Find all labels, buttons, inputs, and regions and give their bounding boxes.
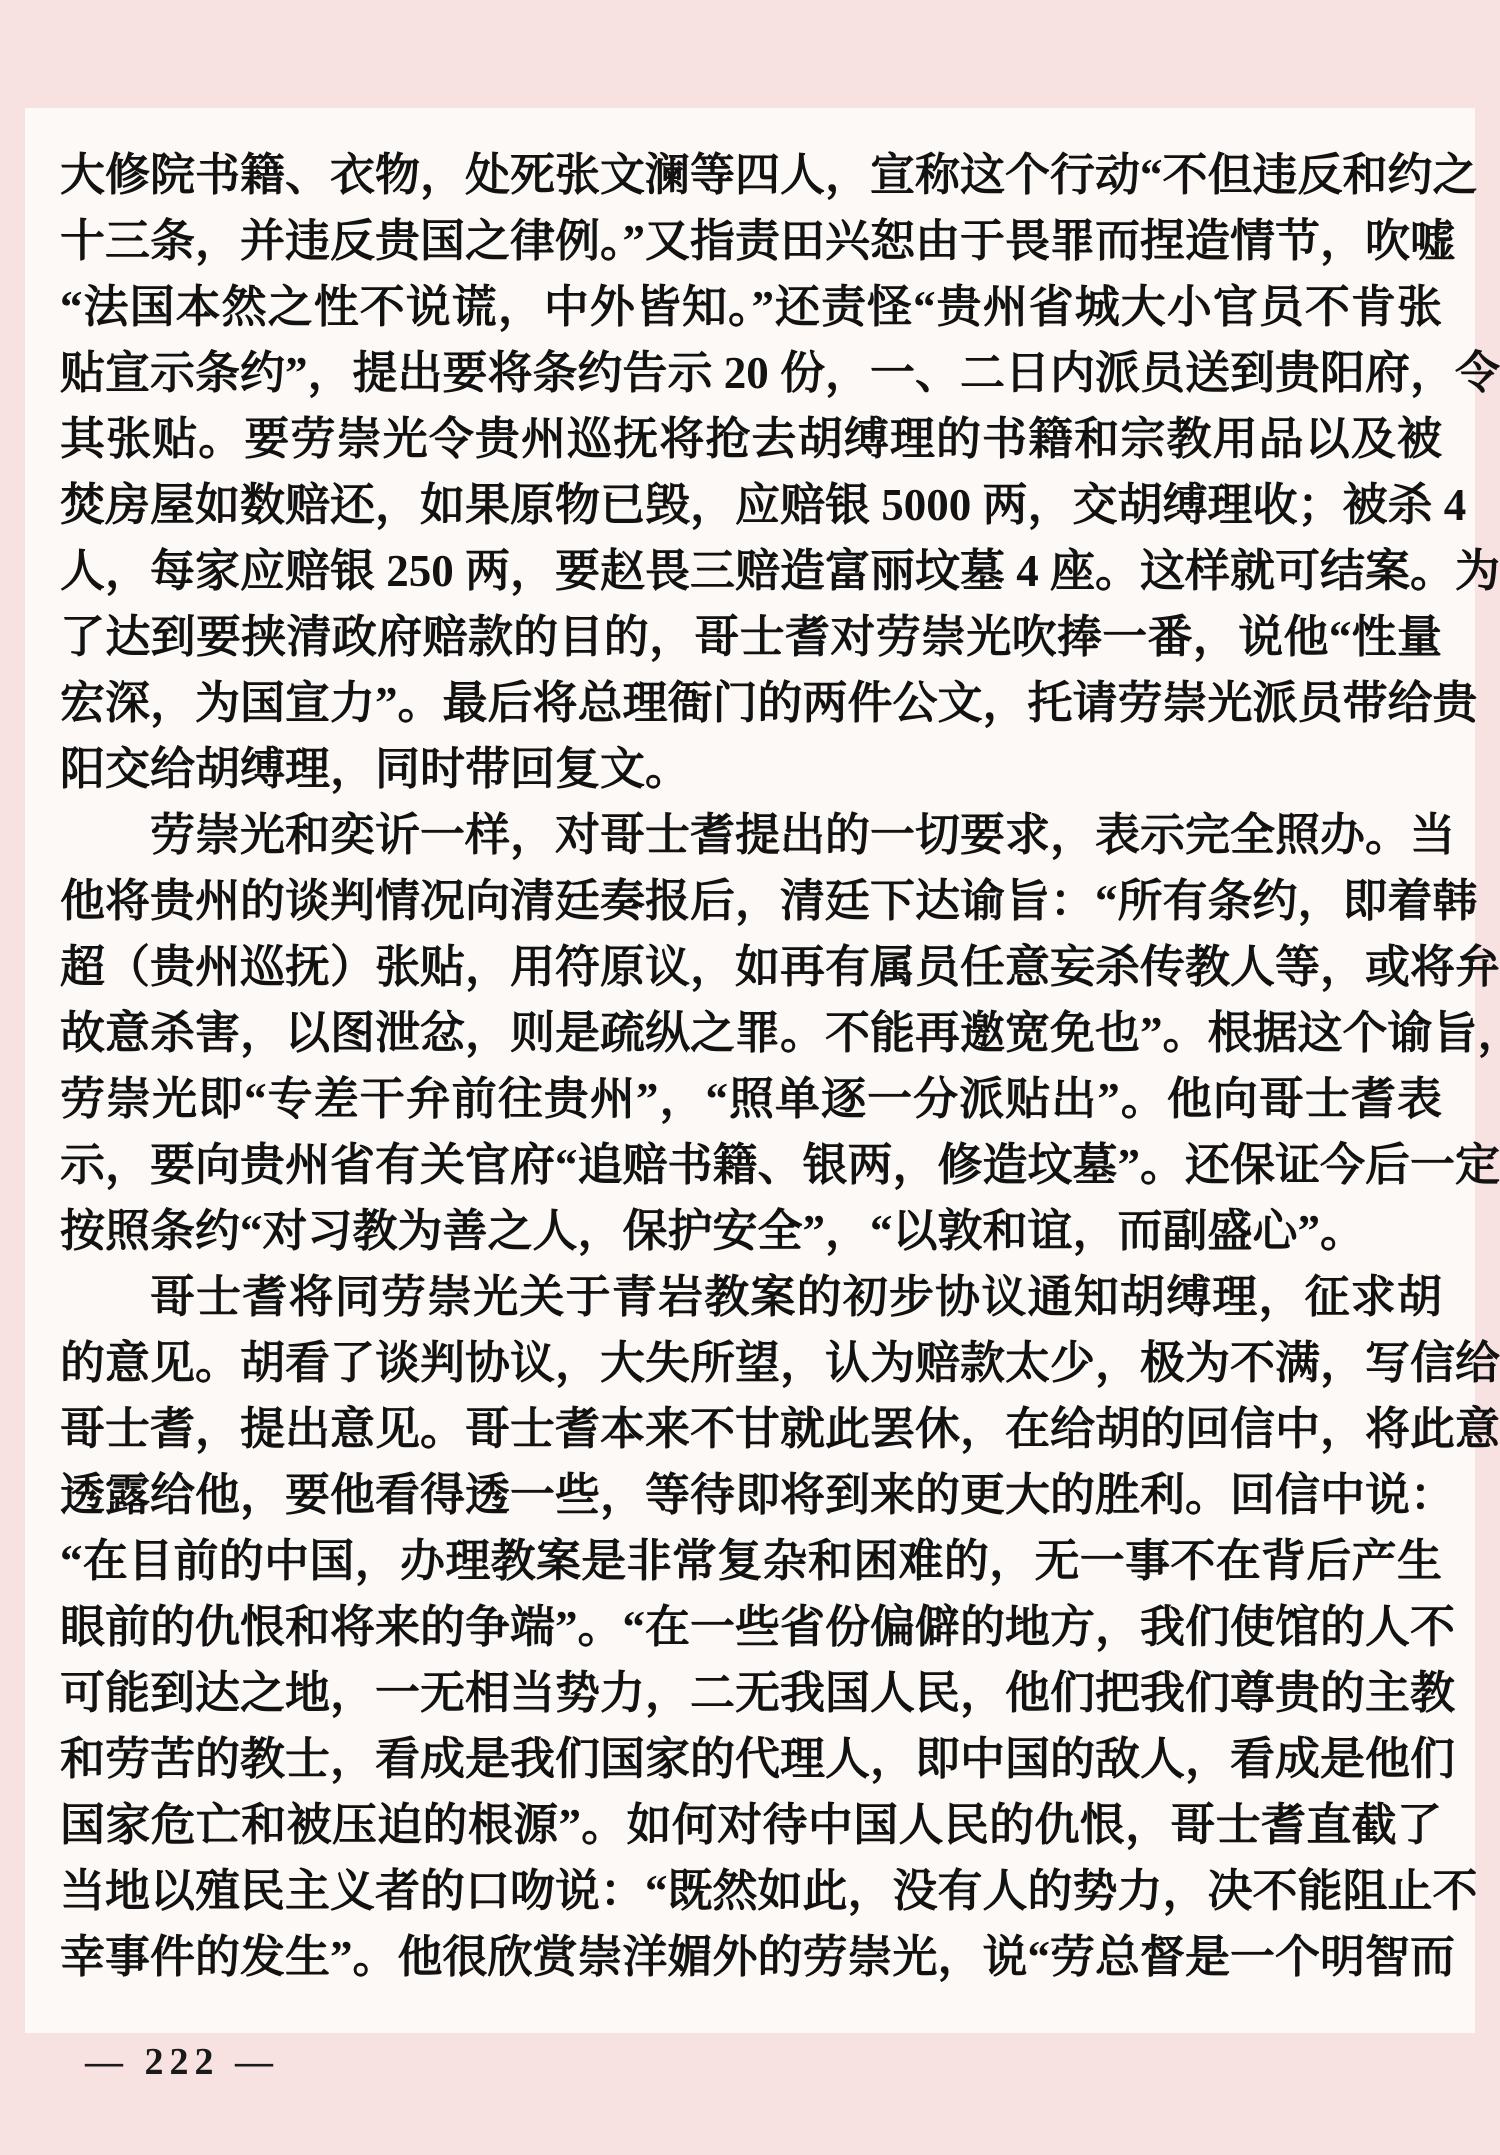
- text-line: 十三条，并违反贵国之律例。”又指责田兴恕由于畏罪而捏造情节，吹嘘: [60, 208, 1442, 274]
- text-line: 贴宣示条约”，提出要将条约告示 20 份，一、二日内派员送到贵阳府，令: [60, 340, 1442, 406]
- text-line: 眼前的仇恨和将来的争端”。“在一些省份偏僻的地方，我们使馆的人不: [60, 1594, 1442, 1660]
- text-line: 焚房屋如数赔还，如果原物已毁，应赔银 5000 两，交胡缚理收；被杀 4: [60, 472, 1442, 538]
- text-line: 按照条约“对习教为善之人，保护安全”，“以敦和谊，而副盛心”。: [60, 1198, 1442, 1264]
- text-line: 幸事件的发生”。他很欣赏崇洋媚外的劳崇光，说“劳总督是一个明智而: [60, 1924, 1442, 1990]
- text-line: 宏深，为国宣力”。最后将总理衙门的两件公文，托请劳崇光派员带给贵: [60, 670, 1442, 736]
- text-line: 阳交给胡缚理，同时带回复文。: [60, 736, 1442, 802]
- text-line: 透露给他，要他看得透一些，等待即将到来的更大的胜利。回信中说：: [60, 1462, 1442, 1528]
- text-line: 了达到要挟清政府赔款的目的，哥士耆对劳崇光吹捧一番，说他“性量: [60, 604, 1442, 670]
- text-line: 当地以殖民主义者的口吻说：“既然如此，没有人的势力，决不能阻止不: [60, 1858, 1442, 1924]
- text-line: “法国本然之性不说谎，中外皆知。”还责怪“贵州省城大小官员不肯张: [60, 274, 1442, 340]
- text-line: 大修院书籍、衣物，处死张文澜等四人，宣称这个行动“不但违反和约之: [60, 142, 1442, 208]
- text-line: 劳崇光即“专差干弁前往贵州”，“照单逐一分派贴出”。他向哥士耆表: [60, 1066, 1442, 1132]
- book-page-paper: 大修院书籍、衣物，处死张文澜等四人，宣称这个行动“不但违反和约之十三条，并违反贵…: [25, 108, 1475, 2033]
- text-line: 人，每家应赔银 250 两，要赵畏三赔造富丽坟墓 4 座。这样就可结案。为: [60, 538, 1442, 604]
- text-line: 的意见。胡看了谈判协议，大失所望，认为赔款太少，极为不满，写信给: [60, 1330, 1442, 1396]
- text-line: 他将贵州的谈判情况向清廷奏报后，清廷下达谕旨：“所有条约，即着韩: [60, 868, 1442, 934]
- text-line: 可能到达之地，一无相当势力，二无我国人民，他们把我们尊贵的主教: [60, 1660, 1442, 1726]
- text-line: 国家危亡和被压迫的根源”。如何对待中国人民的仇恨，哥士耆直截了: [60, 1792, 1442, 1858]
- text-line: 其张贴。要劳崇光令贵州巡抚将抢去胡缚理的书籍和宗教用品以及被: [60, 406, 1442, 472]
- body-text-block: 大修院书籍、衣物，处死张文澜等四人，宣称这个行动“不但违反和约之十三条，并违反贵…: [60, 142, 1442, 1990]
- text-line: 劳崇光和奕䜣一样，对哥士耆提出的一切要求，表示完全照办。当: [60, 802, 1442, 868]
- text-line: 哥士耆，提出意见。哥士耆本来不甘就此罢休，在给胡的回信中，将此意: [60, 1396, 1442, 1462]
- text-line: 故意杀害，以图泄忿，则是疏纵之罪。不能再邀宽免也”。根据这个谕旨，: [60, 1000, 1442, 1066]
- text-line: 示，要向贵州省有关官府“追赔书籍、银两，修造坟墓”。还保证今后一定: [60, 1132, 1442, 1198]
- text-line: 哥士耆将同劳崇光关于青岩教案的初步协议通知胡缚理，征求胡: [60, 1264, 1442, 1330]
- page-number: — 222 —: [85, 2040, 279, 2084]
- text-line: 和劳苦的教士，看成是我们国家的代理人，即中国的敌人，看成是他们: [60, 1726, 1442, 1792]
- text-line: “在目前的中国，办理教案是非常复杂和困难的，无一事不在背后产生: [60, 1528, 1442, 1594]
- text-line: 超（贵州巡抚）张贴，用符原议，如再有属员任意妄杀传教人等，或将弁: [60, 934, 1442, 1000]
